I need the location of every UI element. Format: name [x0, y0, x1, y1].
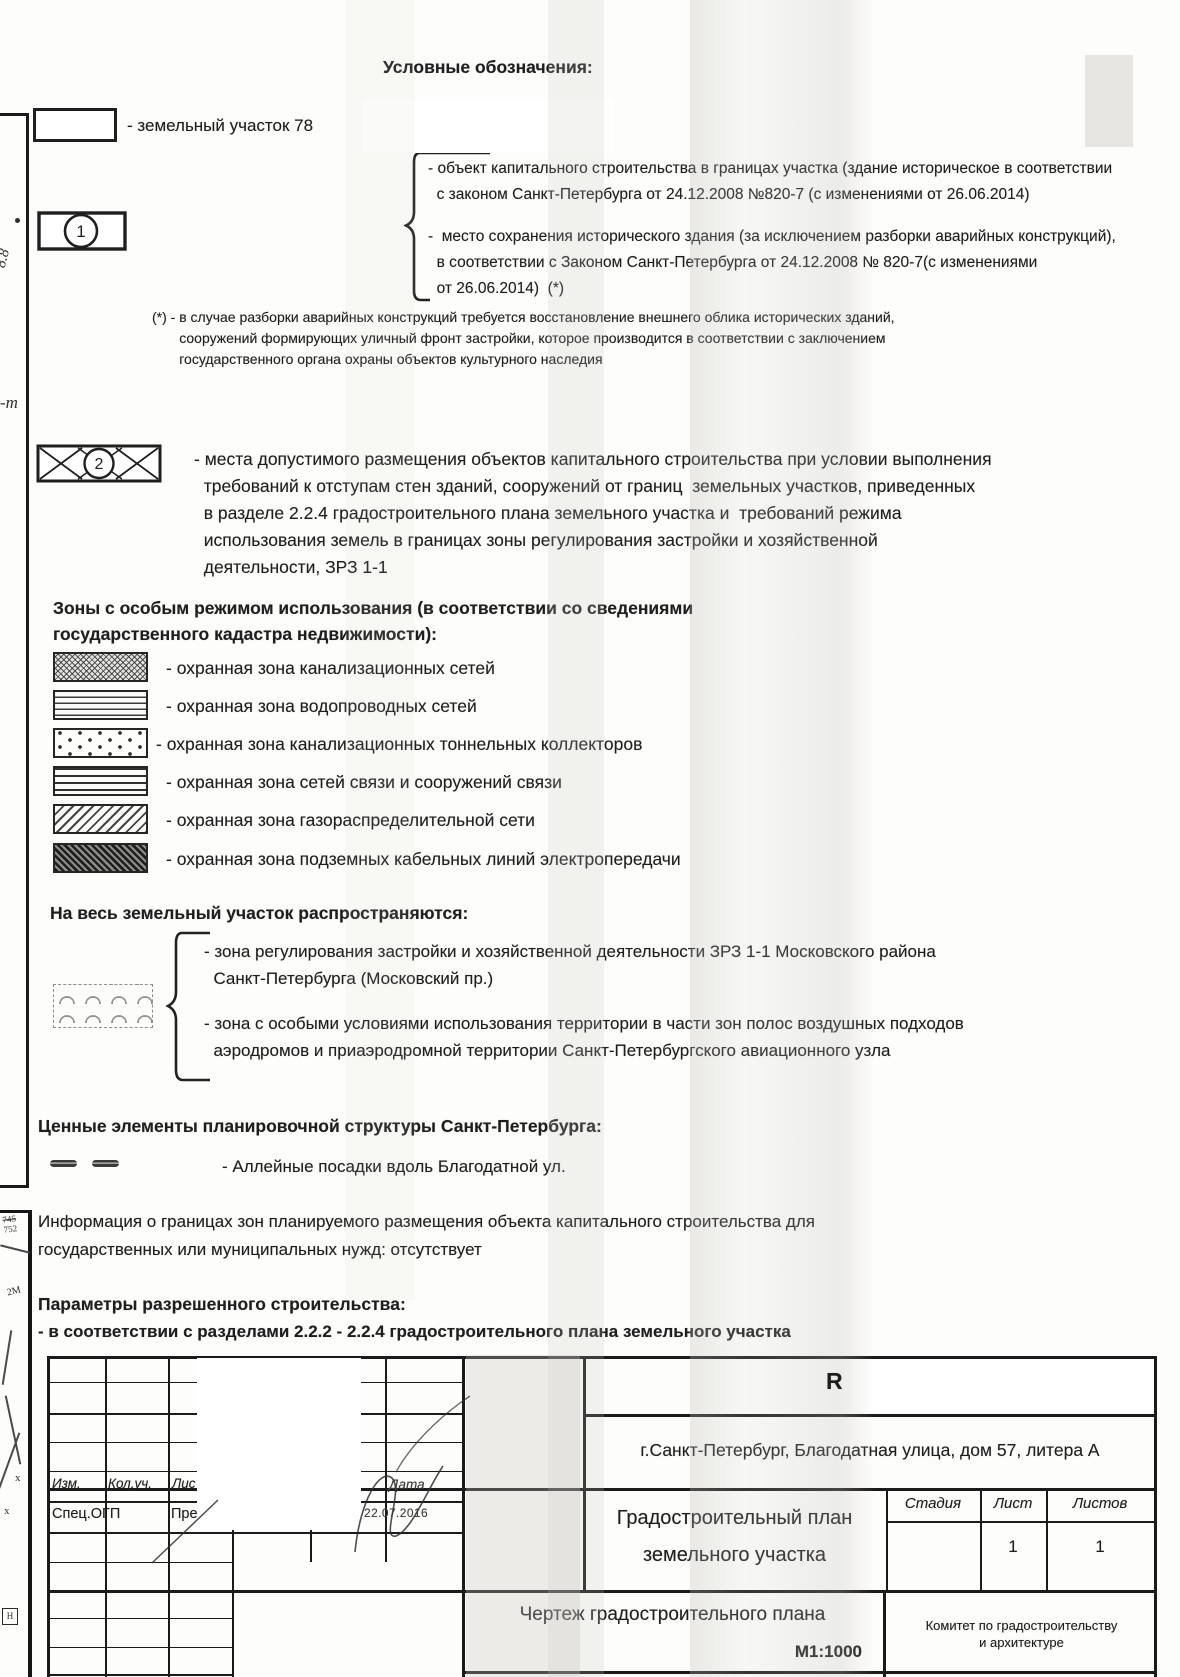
title-block-line — [47, 1674, 232, 1676]
title-block-line — [47, 1532, 462, 1534]
map-edge-box: Н — [2, 1608, 18, 1625]
title-block-line — [168, 1356, 170, 1677]
title-block-line — [47, 1590, 1157, 1593]
map-edge-label: х — [4, 1505, 10, 1517]
historic-object-text: - объект капитального строительства в гр… — [428, 156, 1112, 208]
row-label-prev: Пре — [171, 1506, 198, 1522]
placement-text: - места допустимого размещения объектов … — [194, 446, 992, 581]
whole-parcel-heading: На весь земельный участок распространяют… — [50, 903, 468, 924]
map-edge-label: 8.8 — [0, 247, 14, 270]
map-edge-dot — [15, 218, 20, 223]
committee-label: Комитет по градостроительству и архитект… — [886, 1617, 1157, 1651]
circle-number-1: 1 — [76, 222, 85, 241]
sheet-value: 1 — [980, 1537, 1046, 1557]
title-block-line — [583, 1414, 1157, 1417]
historic-building-symbol: 1 — [36, 210, 128, 252]
title-block-line — [886, 1521, 1157, 1523]
drawing-scale: М1:1000 — [462, 1642, 862, 1662]
redaction-box — [197, 1358, 361, 1530]
historic-preservation-text: - место сохранения исторического здания … — [428, 224, 1116, 302]
title-block-line — [462, 1356, 465, 1677]
doc-title: Градостроительный план земельного участк… — [583, 1500, 886, 1574]
scan-streak — [466, 1355, 580, 1677]
swatch-cable-zone-icon — [53, 843, 148, 873]
brace-icon — [404, 150, 504, 305]
valuable-elements-heading: Ценные элементы планировочной структуры … — [38, 1116, 602, 1137]
legend-title: Условные обозначения: — [383, 57, 593, 78]
title-block-line — [583, 1356, 586, 1591]
swatch-communication-zone-icon — [53, 766, 148, 796]
map-edge-fraction-bottom: 752 — [3, 1223, 18, 1235]
swatch-zrz-zone-icon — [53, 984, 153, 1028]
sheets-value: 1 — [1046, 1537, 1154, 1557]
air-approach-zone-text: - зона с особыми условиями использования… — [204, 1010, 964, 1064]
doc-number: R — [826, 1368, 843, 1395]
title-block-line — [47, 1356, 50, 1677]
col-header-koluch: Кол.уч. — [108, 1476, 152, 1491]
swatch-gas-zone-icon — [53, 804, 148, 834]
map-edge-border-bottom-tick — [0, 1185, 27, 1188]
site-address: г.Санкт-Петербург, Благодатная улица, до… — [583, 1440, 1157, 1461]
title-block-line — [883, 1591, 886, 1677]
col-header-list: Лис — [172, 1476, 196, 1491]
title-block-line — [47, 1647, 232, 1648]
swatch-tunnel-collector-zone-icon — [53, 728, 148, 758]
parcel-label: - земельный участок 78 — [127, 112, 313, 139]
scan-streak — [1085, 55, 1133, 147]
zone-label: - охранная зона водопроводных сетей — [166, 693, 477, 720]
map-edge-border — [26, 113, 29, 1188]
map-edge-label: -m — [0, 393, 18, 413]
alley-label: - Аллейные посадки вдоль Благодатной ул. — [222, 1153, 566, 1180]
title-block-line — [47, 1562, 232, 1563]
title-block-line — [1154, 1356, 1157, 1677]
brace-icon — [166, 930, 216, 1085]
alley-dash-icon — [50, 1160, 77, 1167]
row-label-spec-ogp: Спец.ОГП — [52, 1506, 120, 1522]
redaction-box — [362, 99, 614, 153]
title-block-line — [385, 1356, 387, 1562]
redaction-box — [851, 1359, 1152, 1411]
swatch-sewer-zone-icon — [53, 652, 148, 682]
title-block-line — [980, 1489, 982, 1591]
map-edge-fraction: 745 752 — [2, 1213, 18, 1234]
zone-label: - охранная зона канализационных сетей — [166, 655, 495, 682]
title-block-line — [1046, 1489, 1048, 1591]
zone-label: - охранная зона сетей связи и сооружений… — [166, 769, 562, 796]
parameters-line: - в соответствии с разделами 2.2.2 - 2.2… — [38, 1322, 791, 1342]
map-edge-border-top-tick — [0, 113, 27, 116]
info-paragraph: Информация о границах зон планируемого р… — [38, 1208, 815, 1264]
footnote-text: (*) - в случае разборки аварийных констр… — [152, 307, 895, 370]
map-edge-label: х — [15, 1472, 21, 1484]
zone-label: - охранная зона подземных кабельных лини… — [166, 846, 681, 873]
circle-number-2: 2 — [95, 456, 104, 473]
title-block-line — [462, 1671, 1157, 1674]
stage-header: Стадия — [886, 1495, 980, 1512]
zone-label: - охранная зона канализационных тоннельн… — [156, 731, 642, 758]
alley-dash-icon — [92, 1160, 119, 1167]
swatch-water-zone-icon — [53, 690, 148, 720]
special-zones-heading: Зоны с особым режимом использования (в с… — [53, 595, 693, 647]
title-block-line — [886, 1489, 888, 1591]
parcel-symbol — [33, 108, 117, 142]
col-header-izm: Изм. — [52, 1476, 81, 1491]
col-header-date: Дата — [389, 1477, 425, 1492]
parameters-heading: Параметры разрешенного строительства: — [38, 1294, 406, 1315]
zone-label: - охранная зона газораспределительной се… — [166, 807, 535, 834]
map-edge-box-label: Н — [7, 1611, 14, 1621]
title-block-line — [47, 1618, 232, 1619]
drawing-title: Чертеж градостроительного плана — [462, 1604, 883, 1626]
sheet-header: Лист — [980, 1495, 1046, 1512]
placement-symbol: 2 — [36, 444, 162, 484]
sheets-header: Листов — [1046, 1495, 1154, 1512]
zrz-zone-text: - зона регулирования застройки и хозяйст… — [204, 938, 936, 992]
date-value: 22.07.2016 — [364, 1506, 428, 1520]
